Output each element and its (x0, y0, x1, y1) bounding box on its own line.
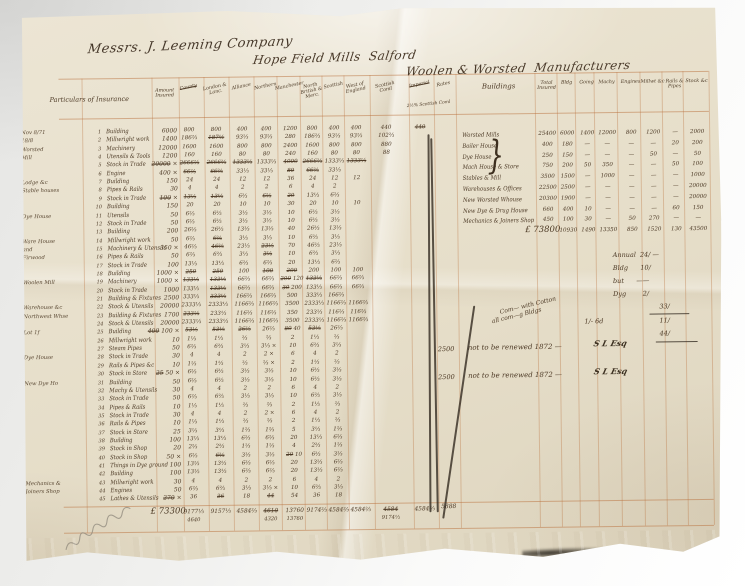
building-name: Mechanics & Joiners Shop (463, 218, 534, 225)
row-value: 23⅓ (319, 243, 353, 249)
table-row: 38Building10013⅓13⅓6⅔6⅔2013⅓6⅔ (18, 3, 719, 12)
table-row: 5Stock in Trade20000 ×2666⅔2666⅔1333⅓133… (18, 3, 719, 12)
row-value: ⅔ (321, 418, 355, 424)
row-number: 44 (93, 489, 105, 494)
row-label: Stock in Trade (108, 262, 147, 269)
row-label: Pipes & Rails (109, 404, 145, 411)
rule-vertical (661, 71, 668, 525)
signature-2: S L Esq (593, 367, 628, 376)
table-row: 29Rails & Pipes &c101⅓1⅓⅔⅔ ×21⅓⅔ (18, 3, 719, 12)
table-row: 37Stock in Store253⅓3⅓1⅔1⅔53⅓1⅔ (18, 3, 719, 12)
row-label: Building (107, 229, 130, 236)
row-number: 27 (92, 347, 104, 352)
table-row: Warehouse &c22Stock & Utensils200002333⅓… (18, 3, 719, 12)
table-row: 36Rails & Pipes101⅓1⅓⅔⅔21⅓⅔ (18, 3, 719, 12)
row-label: Utensils (107, 212, 129, 219)
table-row: 34Pipes & Rails101⅓1⅓⅔⅔21⅓⅔ (18, 3, 719, 12)
row-label: Pipes & Rails (108, 254, 144, 261)
building-value: — (595, 196, 621, 202)
row-margin-note: 18/8 (21, 139, 33, 145)
memo-line: but —— (613, 278, 649, 285)
table-row: Ware House14Millwright work506⅔6⅔3⅓3⅓106… (18, 3, 719, 12)
memo-line: Bldg 10/ (613, 265, 651, 272)
row-value: 18 (322, 494, 356, 500)
row-label: Rails & Pipes (110, 421, 146, 428)
table-row: 9Stock in Trade100 ×13⅓13⅓6⅔6⅔2013⅓6⅔ (18, 3, 719, 12)
building-name: New Worsted Whouse (463, 197, 522, 204)
table-row: Worsted3Machinery12000160016008008002400… (18, 3, 719, 12)
building-row: New Worsted Whouse203001900—————20000 (18, 3, 719, 12)
memo-sum: 33/ (659, 303, 670, 310)
row-value: 66⅔ (341, 276, 375, 282)
building-value: — (595, 207, 621, 213)
row-number: 20 (91, 289, 103, 294)
building-row: Dye House250150———50—50 (18, 3, 719, 12)
row-value: 400 (339, 126, 373, 132)
memo-sum: 44/ (660, 330, 671, 337)
ledger-rows: Nov 8/711Building60008008004004001200800… (18, 3, 719, 12)
paper-crumple-edge (24, 530, 725, 565)
row-label: Stock in Store (109, 371, 147, 378)
building-name: New Dye & Drug House (463, 208, 528, 215)
rule-vertical (593, 72, 600, 526)
table-row: Mill4Utensils & Tools1200160160808024016… (18, 3, 719, 12)
building-value: 100 (685, 162, 711, 168)
row-margin-note: Lot 1f (24, 331, 40, 337)
row-number: 15 (91, 247, 103, 252)
row-value: 3⅓ (318, 210, 352, 216)
row-margin-note: New Dye Ho (24, 381, 58, 387)
row-label: Building (109, 329, 132, 336)
row-number: 26 (92, 339, 104, 344)
row-value: 3⅓ (321, 452, 355, 458)
row-value: 2 (321, 410, 355, 416)
row-value: 1166⅔ (341, 301, 375, 307)
row-number: 8 (90, 189, 102, 194)
row-label: Machinery (106, 146, 135, 153)
row-value: 6⅔ (318, 193, 352, 199)
memo-sum-rule (649, 313, 689, 314)
row-value: 800 (339, 143, 373, 149)
totals-section: £ 7380010930149013350850152013043500£ 73… (18, 3, 719, 12)
row-margin-note: Worsted (21, 148, 43, 154)
table-row: 21Building & Fixtures2500333⅓333⅓166⅔166… (18, 3, 719, 12)
building-row: New Dye & Drug House66040010———60150 (18, 3, 719, 12)
renewal-amount-1: 2500 (438, 346, 455, 353)
column-header-buildings: Buildings (464, 83, 534, 91)
row-number: 1 (89, 130, 101, 135)
building-value: 2000 (684, 130, 710, 136)
table-row: 35Stock in Trade304422 ×642 (18, 3, 719, 12)
row-margin-note: Warehouse &c (23, 306, 62, 312)
building-row: Worsted Mills2540060001400120008001200—2… (18, 3, 719, 12)
table-row: 12Stock in Trade506⅔6⅔3⅓3⅓106⅔3⅓ (18, 3, 719, 12)
row-margin-note: Stable houses (22, 189, 59, 195)
row-value: 3⅓ (319, 251, 353, 257)
row-number: 7 (90, 180, 102, 185)
row-value: 440 (403, 125, 437, 131)
row-label: Stock in Trade (108, 287, 147, 294)
row-number: 41 (93, 464, 105, 469)
row-number: 36 (93, 423, 105, 428)
row-value: 440 (369, 126, 403, 132)
row-number: 10 (90, 205, 102, 210)
table-row: Firwood16Pipes & Rails506⅔6⅔3⅓3⅓106⅔3⅓ (18, 3, 719, 12)
company-header: Scottish Coml (370, 81, 401, 96)
row-margin-note: Joiners Shop (26, 490, 60, 496)
table-row: 45Lathes & Utensils270 ×36361844543618 (18, 3, 719, 12)
table-row: Dye House11Utensils506⅔6⅔3⅓3⅓106⅔3⅓ (18, 3, 719, 12)
row-number: 19 (91, 281, 103, 286)
building-row: Stables & Mill35001500—1000———1000 (18, 3, 719, 12)
grand-total-value: 4584⅔ (344, 507, 378, 513)
renewal-note-2: not to be renewed 1872 — (468, 372, 562, 380)
building-column-headers: Total InsuredBldgGoingMachyEnginesMillwt… (18, 3, 719, 12)
building-column-header: Stock &c (684, 80, 710, 85)
row-number: 40 (93, 456, 105, 461)
row-number: 25 (92, 331, 104, 336)
row-number: 16 (91, 256, 103, 261)
row-label: Building (106, 129, 129, 136)
brace-mark: } (487, 137, 504, 178)
row-number: 11 (90, 214, 102, 219)
grand-total-value: 4584 (374, 507, 408, 513)
row-number: 14 (90, 239, 102, 244)
grand-total-subvalue: 13760 (278, 517, 312, 523)
row-label: Building (107, 179, 130, 186)
building-row: Mach House & Store75020050350——50100 (18, 3, 719, 12)
rule-vertical (81, 79, 88, 533)
row-value: ⅔ (320, 335, 354, 341)
row-value: 3⅓ (321, 485, 355, 491)
building-row: Boiler House400180————20200 (18, 3, 719, 12)
table-row: Northwest Whse23Building & Fixtures17002… (18, 3, 719, 12)
table-row: 17Stock in Trade10013⅓13⅓6⅔6⅔2013⅓6⅔ (18, 3, 719, 12)
rule-vertical (639, 72, 646, 526)
row-number: 33 (92, 397, 104, 402)
buildings-total-value: 43500 (685, 227, 711, 233)
row-value: 1333⅓ (339, 159, 373, 165)
row-number: 30 (92, 372, 104, 377)
row-value: 26⅔ (320, 327, 354, 333)
building-value: — (685, 216, 711, 222)
rule-vertical (682, 71, 689, 525)
table-row: 27Steam Pipes506⅔6⅔3⅓3⅓ ×106⅔3⅓ (18, 3, 719, 12)
row-margin-note: Woolen Mill (23, 281, 55, 287)
buildings-total-value: 13350 (595, 228, 621, 234)
table-row: Joiners Shop44Engines506⅔6⅔3⅓3⅓ ×106⅔3⅓ (18, 3, 719, 12)
row-value: 6⅔ (321, 469, 355, 475)
row-number: 37 (93, 431, 105, 436)
row-value: 3⅓ (320, 393, 354, 399)
table-row: 10Building1502020101030201010 (18, 3, 719, 12)
rates-note: 2½% Scottish Coml (407, 99, 467, 110)
table-row: 33Stock in Trade506⅔6⅔3⅓3⅓106⅔3⅓ (18, 3, 719, 12)
table-row: 20Stock in Trade1000133⅓133⅓66⅔66⅔30 200… (18, 3, 719, 12)
row-label: Stock in Trade (110, 413, 149, 420)
row-label: Stock in Trade (107, 162, 146, 169)
ruled-lines (18, 3, 719, 12)
row-value: 33⅓ (318, 168, 352, 174)
building-value: 20000 (685, 195, 711, 201)
table-row: 13Building20026⅔26⅔13⅓13⅓4026⅔13⅓ (18, 3, 719, 12)
table-row: 39Stock in Shop202⅔2⅔1⅓1⅓42⅔1⅓ (18, 3, 719, 12)
rule-vertical (455, 74, 462, 528)
table-row: Dye House28Stock in Trade304422 ×642 (18, 3, 719, 12)
row-value: 3⅓ (320, 343, 354, 349)
table-row: Stable houses8Pipes & Rails304422642 (18, 3, 719, 12)
row-number: 2 (89, 139, 101, 144)
building-value: — (594, 153, 620, 159)
table-row: Woolen Mill19Machinery1000 ×133⅓133⅓66⅔6… (18, 3, 719, 12)
row-label: Stock in Trade (109, 396, 148, 403)
document-paper: Messrs. J. Leeming Company Hope Field Mi… (18, 3, 726, 565)
row-label: Building (107, 204, 130, 211)
row-value: 102⅔ (369, 134, 403, 140)
table-row: 30Stock in Store25 50 ×6⅔6⅔3⅓3⅓106⅔3⅓ (18, 3, 719, 12)
row-value: 2 (320, 352, 354, 358)
row-value: 13⅓ (318, 226, 352, 232)
renewal-note-1: not to be renewed 1872 — (468, 344, 562, 352)
row-margin-note: Northwest Whse (23, 314, 68, 320)
memo-line: Annual 24/ — (613, 251, 659, 258)
row-label: Stock in Store (110, 429, 148, 436)
table-row: 42Building10013⅓13⅓6⅔6⅔2013⅓6⅔ (18, 3, 719, 12)
row-value: 2 (321, 477, 355, 483)
grand-total-subvalue: 4640 (177, 518, 211, 524)
building-value: — (594, 142, 620, 148)
row-label: Stock in Shop (110, 446, 147, 453)
row-number: 39 (93, 448, 105, 453)
building-column-header: Machy (594, 81, 620, 86)
row-number: 38 (93, 439, 105, 444)
table-row: and15Machinery & Utensils350 ×46⅔46⅔23⅓2… (18, 3, 719, 12)
table-row: Nov 8/711Building60008008004004001200800… (18, 3, 719, 12)
memo-sum-rule (656, 341, 698, 343)
rule-vertical (408, 75, 415, 529)
row-number: 18 (91, 272, 103, 277)
row-number: 12 (90, 222, 102, 227)
building-row: Warehouses & Offices225002500—————20000 (18, 3, 719, 12)
row-number: 35 (93, 414, 105, 419)
building-value: 12000 (594, 131, 620, 137)
building-value: — (595, 217, 621, 223)
row-value: 2 (320, 385, 354, 391)
row-value: 6⅔ (319, 260, 353, 266)
memo-line: Dyg 2/ (613, 291, 649, 298)
photo-backdrop: Messrs. J. Leeming Company Hope Field Mi… (0, 0, 745, 586)
building-value: 200 (684, 141, 710, 147)
row-margin-note: Ware House (22, 239, 55, 245)
row-value: 80 (339, 151, 373, 157)
row-number: 4 (89, 155, 101, 160)
table-row: 18Building1000 ×250250100100200200100100 (18, 3, 719, 12)
row-margin-note: and (23, 248, 33, 254)
title-trade: Woolen & Worsted Manufacturers (405, 59, 631, 78)
rule-vertical (574, 72, 581, 526)
renewal-amount-2: 2500 (438, 374, 455, 381)
table-row: 6Engine400 ×66⅔66⅔33⅓33⅓8066⅔33⅓ (18, 3, 719, 12)
row-margin-note: Nov 8/71 (21, 131, 45, 137)
grand-total-subvalue: 9174⅓ (374, 516, 408, 522)
row-value: 1⅓ (321, 444, 355, 450)
row-value: 2 (318, 185, 352, 191)
row-number: 17 (91, 264, 103, 269)
building-row: Mechanics & Joiners Shop45010030—50270—— (18, 3, 719, 12)
row-margin-note: Lodge &c (22, 181, 48, 187)
row-number: 9 (90, 197, 102, 202)
building-value: 1000 (685, 173, 711, 179)
row-number: 29 (92, 364, 104, 369)
row-number: 34 (92, 406, 104, 411)
memo-side-note: 1/- 6d (584, 318, 603, 325)
row-number: 43 (93, 481, 105, 486)
row-label: Building (108, 271, 131, 278)
row-value: 1⅔ (321, 427, 355, 433)
row-label: Building (110, 471, 133, 478)
row-value: 100 (341, 268, 375, 274)
table-row: 40Stock in Shop50 ×6⅔6⅔3⅓3⅓20 106⅔3⅓ (18, 3, 719, 12)
rule-horizontal (59, 111, 709, 120)
row-value: 6⅔ (321, 435, 355, 441)
row-label: Building (109, 379, 132, 386)
column-header-particulars: Particulars of Insurance (27, 96, 152, 104)
row-value: ⅔ (320, 360, 354, 366)
row-margin-note: Mechanics & (25, 481, 60, 487)
rule-vertical (708, 71, 715, 525)
table-row: Lodge &c7Building1502424121236241212 (18, 3, 719, 12)
row-value: 3⅓ (320, 368, 354, 374)
row-value: 116⅔ (341, 310, 375, 316)
row-value: 6⅔ (321, 460, 355, 466)
row-value: ⅔ (320, 402, 354, 408)
row-value: 1166⅔ (341, 318, 375, 324)
building-value: 50 (684, 151, 710, 157)
row-value: 88 (369, 151, 403, 157)
row-margin-note: Dye House (22, 214, 51, 220)
row-label: Pipes & Rails (107, 187, 143, 194)
row-label: Steam Pipes (109, 346, 142, 353)
row-value: 3⅓ (318, 235, 352, 241)
row-number: 32 (92, 389, 104, 394)
row-number: 22 (91, 306, 103, 311)
row-label: Machinery (108, 279, 137, 286)
row-value: 93⅓ (339, 134, 373, 140)
row-number: 23 (91, 314, 103, 319)
buildings-section: Worsted Mills2540060001400120008001200—2… (18, 3, 719, 12)
row-number: 5 (90, 164, 102, 169)
row-value: 880 (369, 142, 403, 148)
row-number: 24 (91, 322, 103, 327)
company-headers: CountyLondon & Lanc.AllianceNorthernManc… (18, 3, 719, 12)
table-row: 32Machy & Utensils304422642 (18, 3, 719, 12)
row-number: 42 (93, 473, 105, 478)
row-margin-note: Dye House (24, 356, 53, 362)
building-value: 150 (685, 205, 711, 211)
row-number: 3 (89, 147, 101, 152)
row-number: 13 (90, 230, 102, 235)
table-row: New Dye Ho31Building506⅔6⅔3⅓3⅓106⅔3⅓ (18, 3, 719, 12)
row-label: Stock in Shop (110, 454, 147, 461)
row-value: 66⅔ (341, 285, 375, 291)
building-value: 1000 (595, 174, 621, 180)
row-number: 31 (92, 381, 104, 386)
table-row: Mechanics &43Millwright work304422642 (18, 3, 719, 12)
table-row: 26Millwright work101⅓1⅓⅔⅔21⅓⅔ (18, 3, 719, 12)
row-label: Engines (110, 488, 132, 495)
row-margin-note: Mill (21, 156, 32, 162)
buildings-total-pound: £ 73800 (516, 226, 560, 235)
row-number: 6 (90, 172, 102, 177)
table-row: Lot 1f25Building400 100 ×53⅓53⅓26⅔26⅔80 … (18, 3, 719, 12)
rule-vertical (616, 72, 623, 526)
building-value: 350 (595, 163, 621, 169)
building-value: — (595, 185, 621, 191)
row-value: 3⅓ (320, 377, 354, 383)
building-value: 20000 (685, 184, 711, 190)
row-number: 45 (94, 498, 106, 503)
table-row: 24Stock & Utensils200002333⅓2333⅓1166⅔11… (18, 3, 719, 12)
row-value: 10 (340, 201, 374, 207)
row-value: 12 (340, 176, 374, 182)
row-number: 21 (91, 297, 103, 302)
row-label: Stock in Trade (109, 354, 148, 361)
building-name: Warehouses & Offices (463, 186, 522, 193)
row-margin-note: Firwood (23, 256, 45, 262)
row-number: 28 (92, 356, 104, 361)
table-row: 18/82Millwright work1400186⅔187½93⅓93⅓28… (18, 3, 719, 12)
row-value: 166⅔ (319, 293, 353, 299)
memo-sum: 11/ (659, 317, 670, 324)
row-value: 3⅓ (318, 218, 352, 224)
table-row: 41Things in Dye ground10013⅓13⅓6⅔6⅔2013⅓… (18, 3, 719, 12)
title-mills: Hope Field Mills Salford (252, 49, 417, 67)
row-label: Stock in Trade (107, 196, 146, 203)
memo-annual-block: Annual 24/ —Bldg 10/but ——Dyg 2/33/11/44… (18, 3, 719, 12)
row-label: Engine (107, 171, 126, 178)
row-label: Stock in Trade (107, 221, 146, 228)
signature-1: S L Esq (593, 339, 628, 348)
row-label: Building (110, 438, 133, 445)
